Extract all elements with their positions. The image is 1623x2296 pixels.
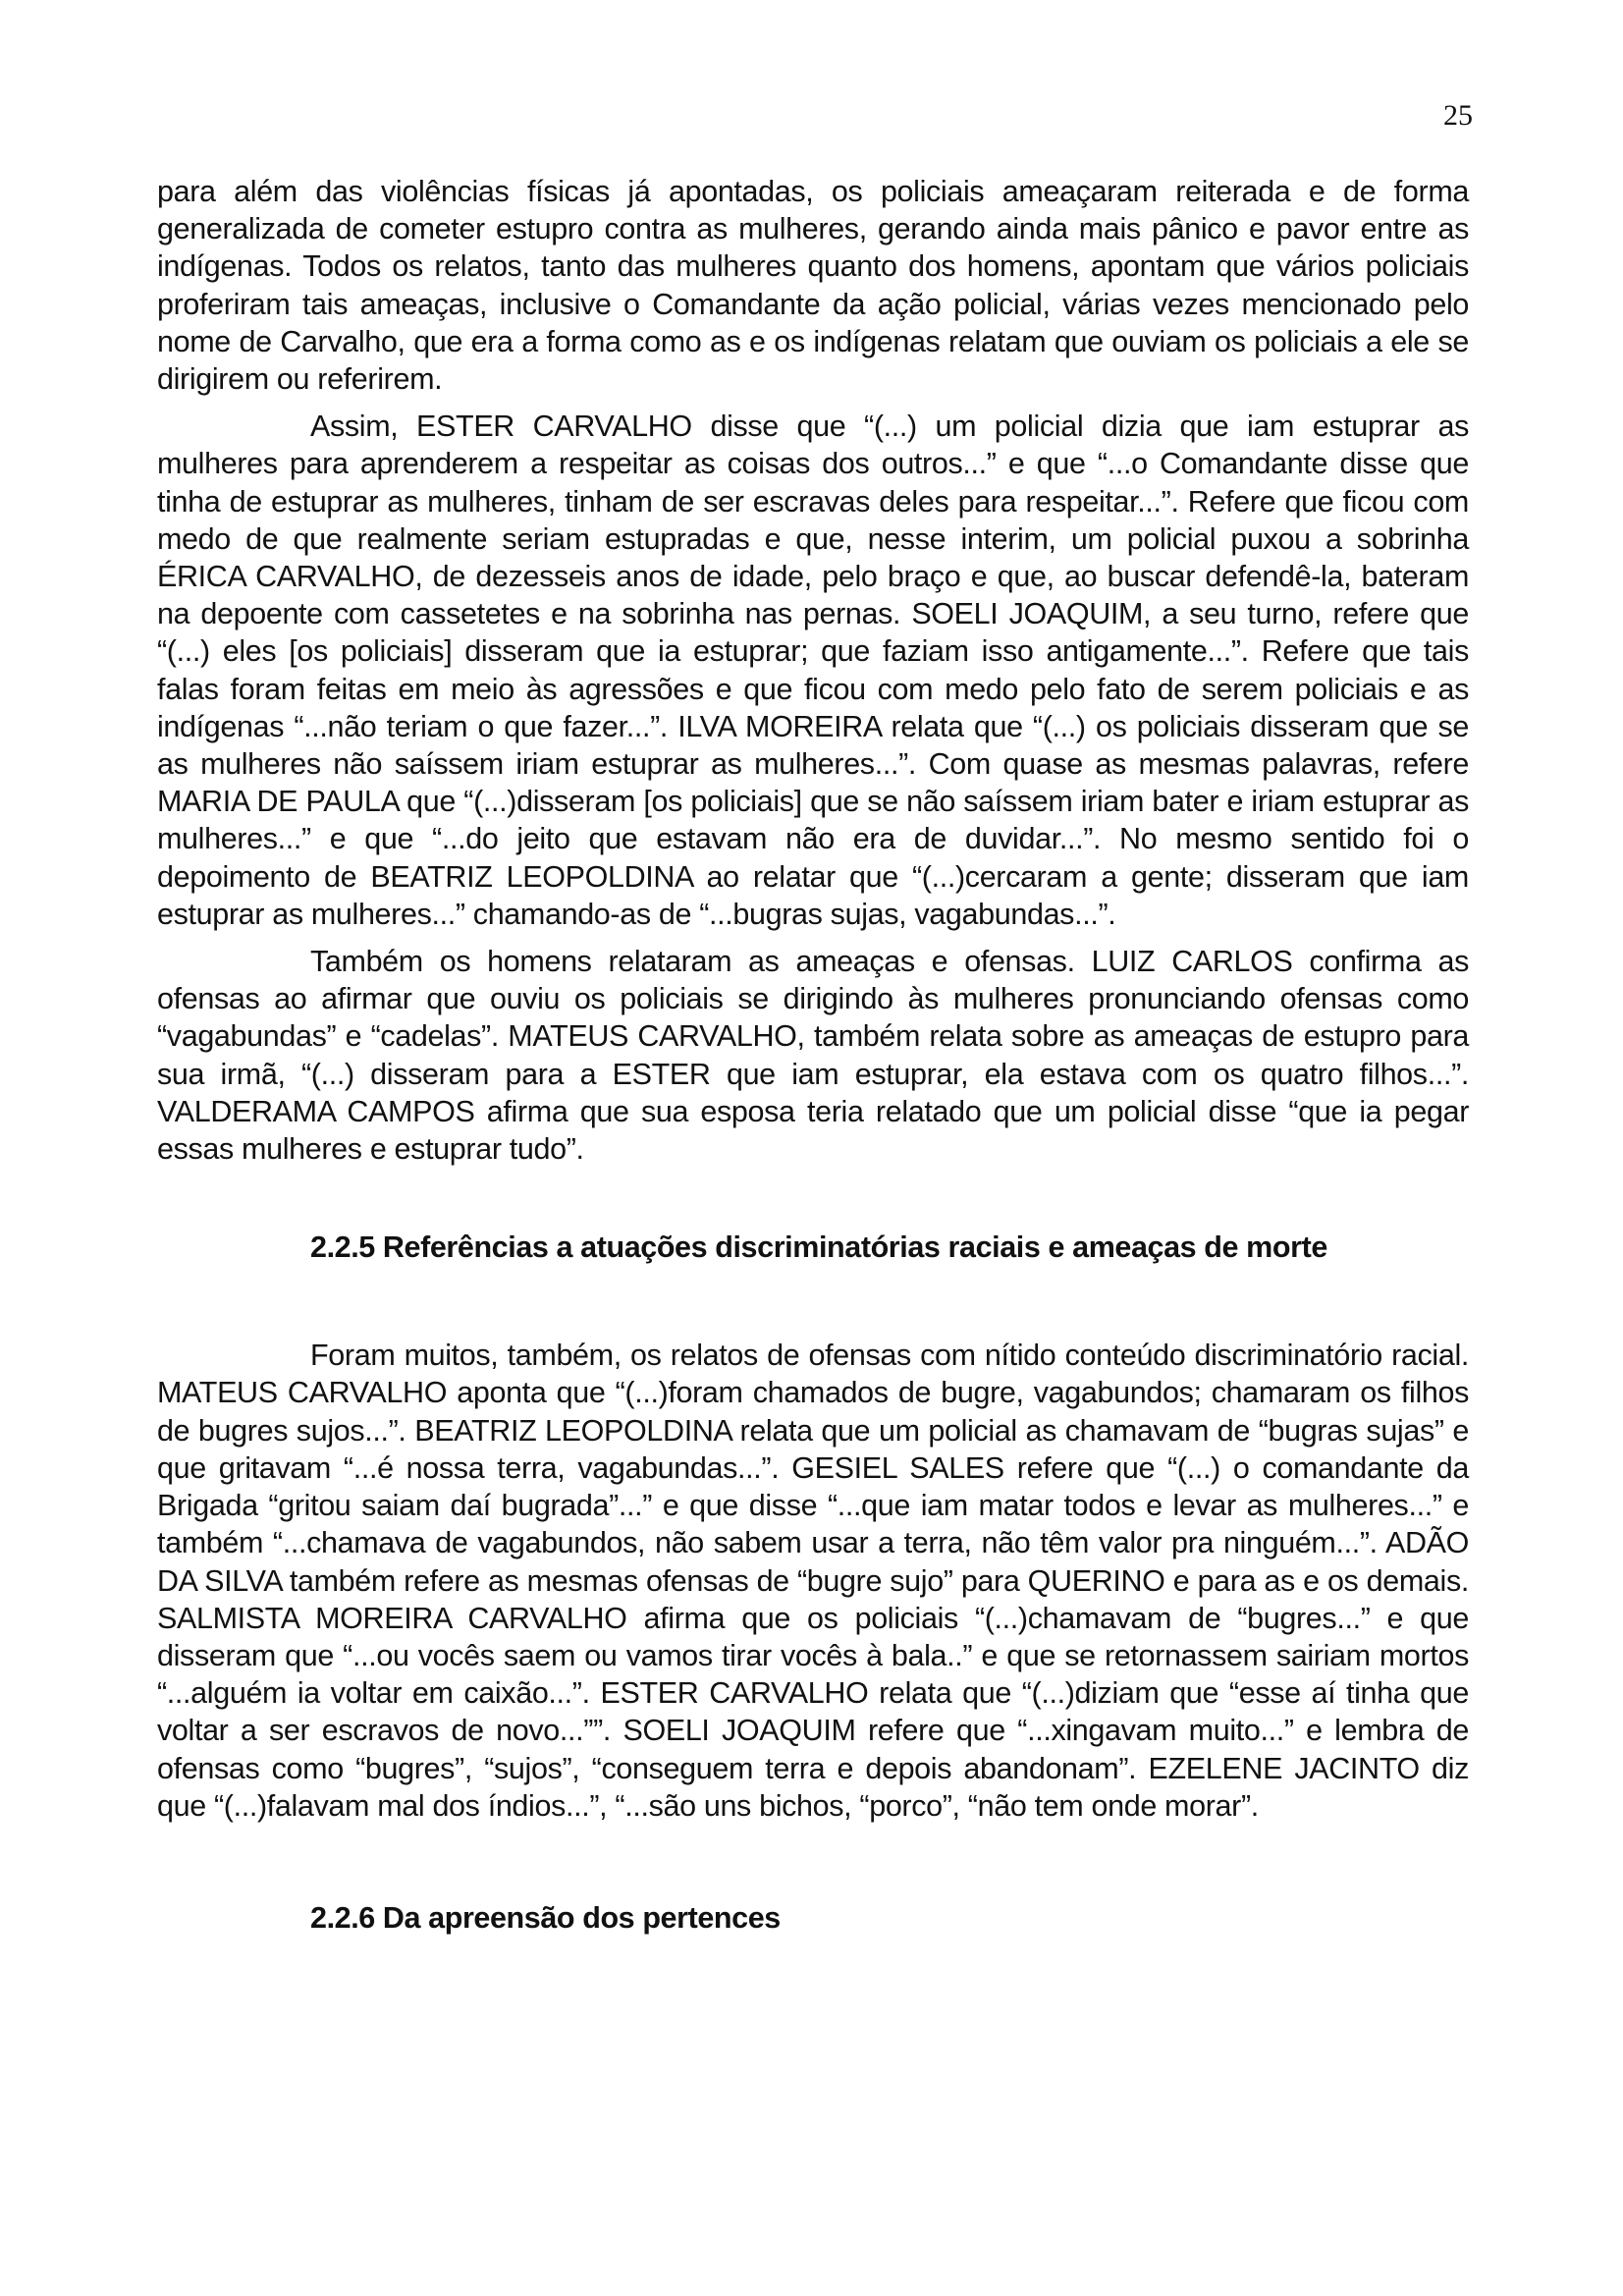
paragraph-racial-discrimination: Foram muitos, também, os relatos de ofen… bbox=[157, 1337, 1469, 1825]
section-heading-2-2-6: 2.2.6 Da apreensão dos pertences bbox=[157, 1899, 1469, 1937]
paragraph-violence-threats: para além das violências físicas já apon… bbox=[157, 173, 1469, 398]
section-heading-2-2-5: 2.2.5 Referências a atuações discriminat… bbox=[157, 1229, 1469, 1266]
paragraph-ester-carvalho-testimony: Assim, ESTER CARVALHO disse que “(...) u… bbox=[157, 408, 1469, 933]
page-number: 25 bbox=[1443, 98, 1473, 134]
paragraph-men-testimonies: Também os homens relataram as ameaças e … bbox=[157, 943, 1469, 1168]
document-body: para além das violências físicas já apon… bbox=[157, 173, 1469, 1937]
